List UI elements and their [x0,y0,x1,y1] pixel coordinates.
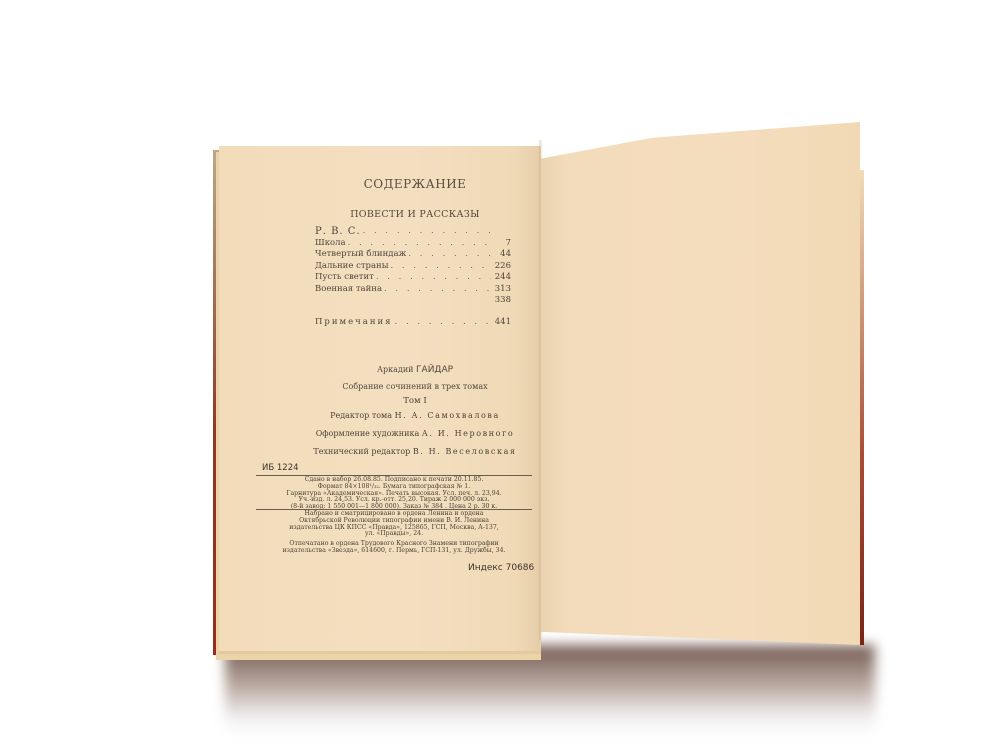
toc-page: 441 [493,317,511,329]
toc-leader: . . . . . . . . . . . . . . . . . . . . … [390,261,491,273]
credit-role: Технический редактор [313,447,410,456]
credit-name: В. Н. Веселовская [413,447,517,456]
collection-title: Собрание сочинений в трех томах [300,382,530,391]
author-last-name: ГАЙДАР [416,365,453,375]
imprint-line: ул. «Правды», 24. [256,531,532,538]
imprint-printing-house: Отпечатано в ордена Трудового Красного З… [256,541,532,555]
toc-leader: . . . . . . . . . . . . . . . . . . . . … [384,284,491,296]
left-page-text: СОДЕРЖАНИЕ ПОВЕСТИ И РАССКАЗЫ Р. В. С. .… [0,0,1000,750]
section-heading: ПОВЕСТИ И РАССКАЗЫ [300,209,530,220]
toc-leader: . . . . . . . . . . . . . . . . . . . . … [348,238,491,250]
toc-page: 244 [493,272,511,284]
toc-entry-notes: Примечания . . . . . . . . . . . . . . .… [315,317,511,329]
credit-role: Редактор тома [330,411,392,420]
author-line: Аркадий ГАЙДАР [300,365,530,375]
toc-title: Примечания [315,317,393,329]
credit-name: Н. А. Самохвалова [395,411,500,420]
credit-role: Оформление художника [316,429,420,438]
toc-entry: Р. В. С. . . . . . . . . . . . . . . . .… [315,226,511,238]
toc-entry: Четвертый блиндаж . . . . . . . . . . . … [315,249,511,261]
toc-leader: . . . . . . . . . . . . . . . . . . . . … [363,226,491,238]
volume-label: Том I [300,396,530,406]
ib-number: ИБ 1224 [262,463,299,473]
toc-title: Дальние страны [315,261,388,273]
credit-editor: Редактор тома Н. А. Самохвалова [290,411,540,420]
toc-title: Пусть светит [315,272,374,284]
toc-page: 338 [493,295,511,307]
toc-title: Четвертый блиндаж [315,249,406,261]
imprint-printing-details: Сдано в набор 26.08.85. Подписано к печа… [256,477,532,511]
toc-entry: Военная тайна . . . . . . . . . . . . . … [315,284,511,296]
table-of-contents: Р. В. С. . . . . . . . . . . . . . . . .… [315,226,511,328]
catalog-index: Индекс 70686 [468,563,534,573]
imprint-line: издательства «Звезда», 614600, г. Пермь,… [256,548,532,555]
toc-leader: . . . . . . . . . . . . . . . . . . . . … [408,249,491,261]
toc-page: 226 [493,261,511,273]
author-first-name: Аркадий [377,365,414,374]
toc-page: 44 [493,249,511,261]
credit-name: А. И. Неровного [422,429,515,438]
toc-entry: Школа . . . . . . . . . . . . . . . . . … [315,238,511,250]
credit-tech-editor: Технический редактор В. Н. Веселовская [290,447,540,456]
toc-entry: Пусть светит . . . . . . . . . . . . . .… [315,272,511,284]
toc-page: 7 [493,238,511,250]
contents-heading: СОДЕРЖАНИЕ [300,177,530,191]
imprint-typesetting: Набрано и сматрицировано в ордена Ленина… [256,511,532,538]
toc-leader: . . . . . . . . . . . . . . . . . . . . … [395,317,491,329]
toc-title: Школа [315,238,346,250]
toc-entry: Дальние страны . . . . . . . . . . . . .… [315,261,511,273]
toc-title: Р. В. С. [315,226,361,238]
credit-artist: Оформление художника А. И. Неровного [290,429,540,438]
toc-page: 313 [493,284,511,296]
toc-leader: . . . . . . . . . . . . . . . . . . . . … [376,272,491,284]
toc-title: Военная тайна [315,284,382,296]
toc-entry: 338 [315,295,511,307]
